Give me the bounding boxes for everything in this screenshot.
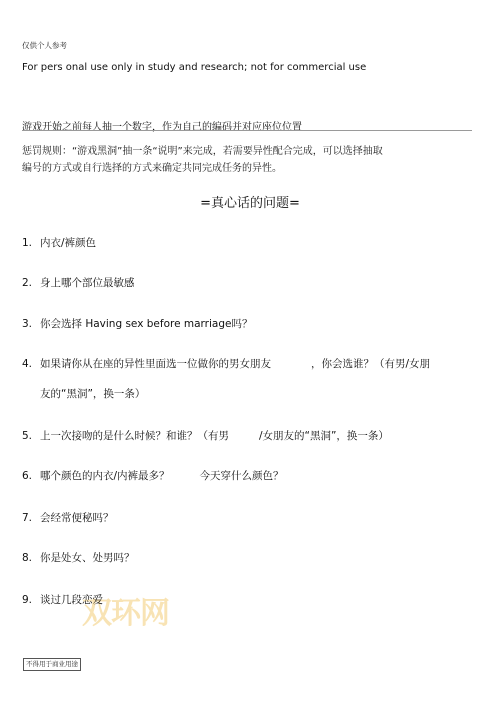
question-text: 内衣/裤颜色	[40, 237, 96, 249]
question-item: 6.哪个颜色的内衣/内裤最多？今天穿什么颜色？	[22, 468, 284, 483]
question-text: 身上哪个部位最敏感	[40, 277, 135, 289]
question-number: 7.	[22, 512, 40, 524]
section-title: =真心话的问题=	[0, 192, 500, 211]
usage-disclaimer: For pers onal use only in study and rese…	[22, 62, 366, 73]
penalty-rules-line-1: 惩罚规则：“游戏黑洞”抽一条“说明”来完成，若需要异性配合完成，可以选择抽取	[22, 146, 383, 157]
question-number: 4.	[22, 358, 40, 370]
question-item: 8.你是处女、处男吗？	[22, 550, 135, 565]
question-number: 2.	[22, 277, 40, 289]
question-text-part-b: /女朋友的“黑洞”，换一条）	[259, 430, 389, 442]
penalty-rules-line-2: 编号的方式或自行选择的方式来确定共同完成任务的异性。	[22, 163, 282, 174]
question-text-part-a: 如果请你从在座的异性里面选一位做你的男女朋友	[40, 358, 271, 370]
question-text: 你是处女、处男吗？	[40, 552, 135, 564]
question-item: 4.如果请你从在座的异性里面选一位做你的男女朋友，你会选谁？（有男/女朋	[22, 356, 430, 371]
horizontal-divider	[22, 130, 472, 131]
question-item: 1.内衣/裤颜色	[22, 235, 96, 250]
question-text-part-a: 上一次接吻的是什么时候？和谁？（有男	[40, 430, 229, 442]
question-number: 6.	[22, 470, 40, 482]
question-number: 9.	[22, 594, 40, 606]
question-item: 9.谈过几段恋爱	[22, 592, 103, 607]
question-number: 1.	[22, 237, 40, 249]
question-item: 7.会经常便秘吗？	[22, 510, 114, 525]
question-number: 3.	[22, 318, 40, 330]
question-text-part-a: 哪个颜色的内衣/内裤最多？	[40, 470, 170, 482]
question-text: 会经常便秘吗？	[40, 512, 114, 524]
non-commercial-stamp: 不得用于商业用途	[23, 658, 81, 671]
question-item: 3.你会选择 Having sex before marriage吗？	[22, 316, 252, 331]
question-text-part-b: ，你会选谁？（有男/女朋	[311, 358, 430, 370]
question-text-part-b: 今天穿什么颜色？	[200, 470, 284, 482]
question-text: 你会选择 Having sex before marriage吗？	[40, 318, 252, 330]
question-text: 谈过几段恋爱	[40, 594, 103, 606]
question-number: 5.	[22, 430, 40, 442]
personal-reference-note: 仅供个人参考	[22, 40, 67, 51]
penalty-rules: 惩罚规则：“游戏黑洞”抽一条“说明”来完成，若需要异性配合完成，可以选择抽取 编…	[22, 143, 462, 177]
question-number: 8.	[22, 552, 40, 564]
question-continuation: 友的“黑洞”，换一条）	[40, 386, 145, 401]
question-item: 5.上一次接吻的是什么时候？和谁？（有男/女朋友的“黑洞”，换一条）	[22, 428, 389, 443]
question-item: 2.身上哪个部位最敏感	[22, 275, 135, 290]
